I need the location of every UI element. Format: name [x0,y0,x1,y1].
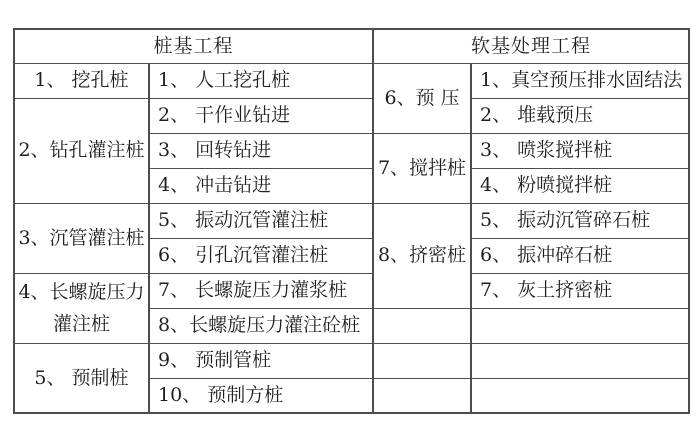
right-category-6: 6、预 压 [373,63,471,133]
right-item-7: 7、 灰土挤密桩 [471,273,689,308]
right-category-empty-1 [373,308,471,343]
right-category-8: 8、挤密桩 [373,203,471,308]
table-row: 5、 预制桩 9、 预制管桩 [14,343,689,378]
header-pile-works: 桩基工程 [14,29,373,63]
left-item-9: 9、 预制管桩 [149,343,373,378]
left-item-4: 4、 冲击钻进 [149,168,373,203]
left-item-1: 1、 人工挖孔桩 [149,63,373,98]
right-item-1: 1、真空预压排水固结法 [471,63,689,98]
right-item-5: 5、 振动沉管碎石桩 [471,203,689,238]
left-item-6: 6、 引孔沉管灌注桩 [149,238,373,273]
pile-foundation-table: 桩基工程 软基处理工程 1、 挖孔桩 1、 人工挖孔桩 6、预 压 1、真空预压… [13,28,690,414]
left-item-8: 8、长螺旋压力灌注砼桩 [149,308,373,343]
table-row: 1、 挖孔桩 1、 人工挖孔桩 6、预 压 1、真空预压排水固结法 [14,63,689,98]
left-item-7: 7、 长螺旋压力灌浆桩 [149,273,373,308]
header-row: 桩基工程 软基处理工程 [14,29,689,63]
right-item-2: 2、 堆载预压 [471,98,689,133]
left-category-4: 4、长螺旋压力 灌注桩 [14,273,149,343]
left-item-3: 3、 回转钻进 [149,133,373,168]
right-item-4: 4、 粉喷搅拌桩 [471,168,689,203]
right-category-empty-3 [373,378,471,413]
left-item-2: 2、 干作业钻进 [149,98,373,133]
document-page: 桩基工程 软基处理工程 1、 挖孔桩 1、 人工挖孔桩 6、预 压 1、真空预压… [0,0,700,438]
left-item-10: 10、 预制方桩 [149,378,373,413]
right-item-empty-3 [471,378,689,413]
right-item-empty-2 [471,343,689,378]
right-item-3: 3、 喷浆搅拌桩 [471,133,689,168]
left-category-5: 5、 预制桩 [14,343,149,413]
left-category-3: 3、沉管灌注桩 [14,203,149,273]
left-category-2: 2、钻孔灌注桩 [14,98,149,203]
left-item-5: 5、 振动沉管灌注桩 [149,203,373,238]
table-row: 4、长螺旋压力 灌注桩 7、 长螺旋压力灌浆桩 7、 灰土挤密桩 [14,273,689,308]
table-row: 2、钻孔灌注桩 2、 干作业钻进 2、 堆载预压 [14,98,689,133]
right-item-empty-1 [471,308,689,343]
right-item-6: 6、 振冲碎石桩 [471,238,689,273]
header-soft-ground-works: 软基处理工程 [373,29,689,63]
right-category-empty-2 [373,343,471,378]
left-category-1: 1、 挖孔桩 [14,63,149,98]
table-row: 3、沉管灌注桩 5、 振动沉管灌注桩 8、挤密桩 5、 振动沉管碎石桩 [14,203,689,238]
right-category-7: 7、搅拌桩 [373,133,471,203]
classification-table: 桩基工程 软基处理工程 1、 挖孔桩 1、 人工挖孔桩 6、预 压 1、真空预压… [13,28,688,412]
